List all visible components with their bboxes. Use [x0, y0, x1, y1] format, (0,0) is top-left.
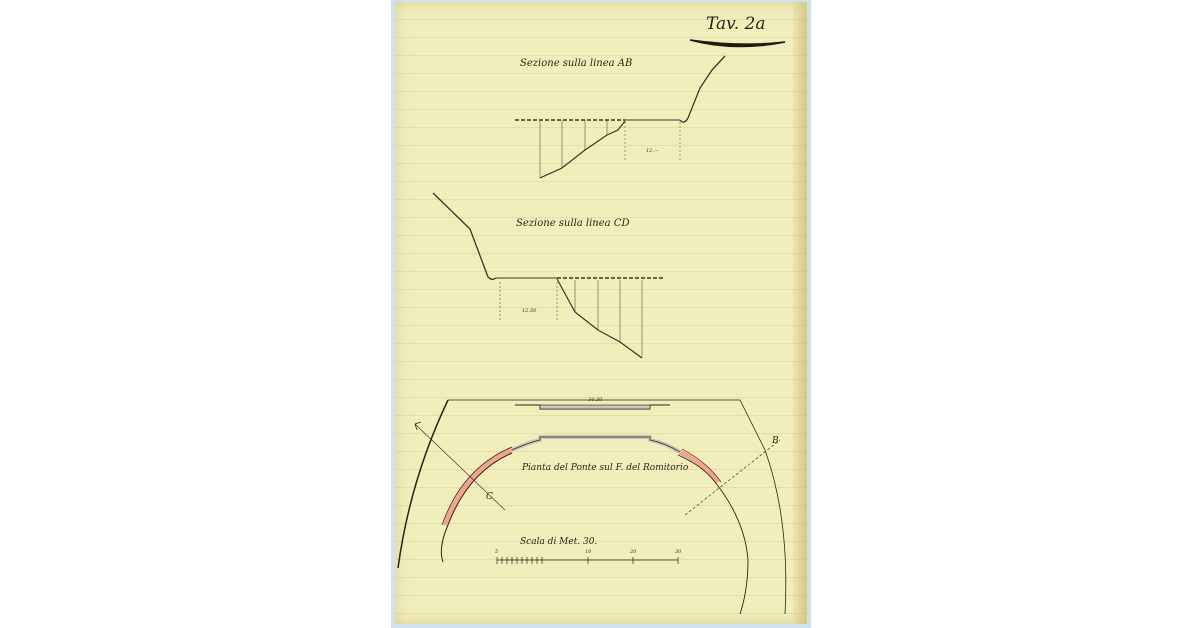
- cut-mark-b: B: [772, 436, 779, 446]
- bridge-plan: [398, 400, 786, 614]
- scale-tick-0: 5: [495, 549, 498, 555]
- section-ab-profile: [515, 56, 725, 178]
- plan-top-dimension: 34.30: [588, 397, 602, 403]
- technical-drawing: [0, 0, 1200, 628]
- scale-tick-20: 20: [630, 549, 636, 555]
- section-cd-title: Sezione sulla linea CD: [516, 218, 629, 229]
- section-ab-depth-label: 12.—: [646, 148, 659, 154]
- plate-number: Tav. 2a: [706, 14, 766, 34]
- scale-tick-30: 30: [675, 549, 681, 555]
- scale-tick-10: 10: [585, 549, 591, 555]
- section-cd-width-label: 12.50: [522, 308, 536, 314]
- scale-title: Scala di Met. 30.: [520, 537, 597, 547]
- plan-title: Pianta del Ponte sul F. del Romitorio: [522, 463, 688, 473]
- plate-underline-flourish: [690, 40, 785, 47]
- cut-mark-c: C: [486, 492, 493, 502]
- section-ab-title: Sezione sulla linea AB: [520, 58, 632, 69]
- scale-bar: [497, 557, 678, 564]
